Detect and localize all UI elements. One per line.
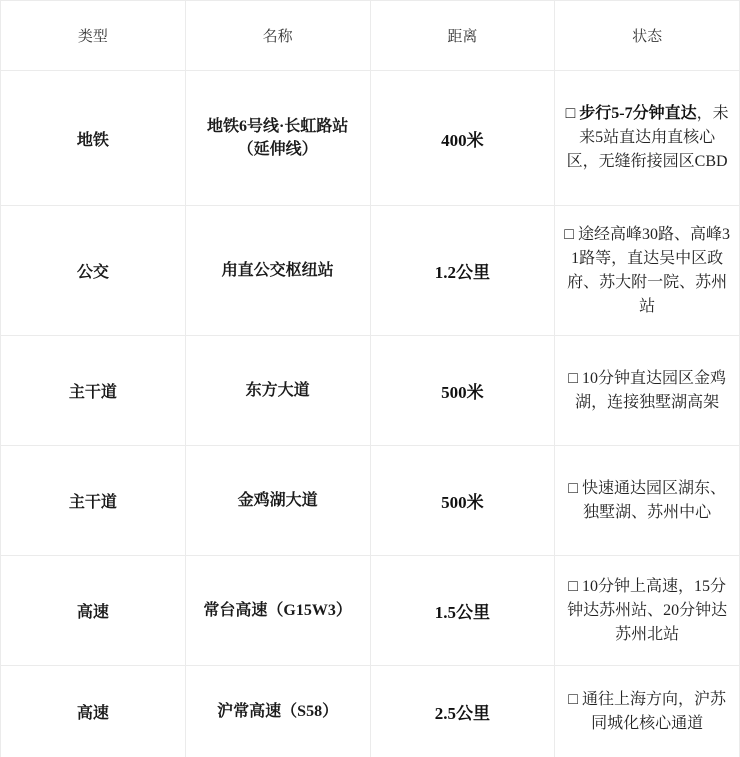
cell-distance: 1.5公里 [370, 556, 555, 666]
cell-name: 沪常高速（S58） [185, 666, 370, 757]
cell-type: 主干道 [1, 336, 186, 446]
cell-name: 东方大道 [185, 336, 370, 446]
cell-type: 公交 [1, 206, 186, 336]
header-type: 类型 [1, 1, 186, 71]
cell-distance: 500米 [370, 446, 555, 556]
header-distance: 距离 [370, 1, 555, 71]
cell-type: 地铁 [1, 71, 186, 206]
table-row: 主干道 金鸡湖大道 500米 □ 快速通达园区湖东、独墅湖、苏州中心 [1, 446, 740, 556]
table-row: 公交 甪直公交枢纽站 1.2公里 □ 途经高峰30路、高峰31路等，直达吴中区政… [1, 206, 740, 336]
cell-name: 常台高速（G15W3） [185, 556, 370, 666]
transport-table-page: 类型 名称 距离 状态 地铁 地铁6号线·长虹路站（延伸线） 400米 □ 步行… [0, 0, 740, 757]
cell-status: □ 步行5-7分钟直达，未来5站直达甪直核心区，无缝衔接园区CBD [555, 71, 740, 206]
cell-distance: 400米 [370, 71, 555, 206]
table-row: 高速 常台高速（G15W3） 1.5公里 □ 10分钟上高速，15分钟达苏州站、… [1, 556, 740, 666]
status-text: □ 快速通达园区湖东、独墅湖、苏州中心 [568, 480, 726, 521]
transport-table: 类型 名称 距离 状态 地铁 地铁6号线·长虹路站（延伸线） 400米 □ 步行… [0, 0, 740, 757]
cell-type: 高速 [1, 666, 186, 757]
cell-distance: 2.5公里 [370, 666, 555, 757]
cell-name: 甪直公交枢纽站 [185, 206, 370, 336]
cell-name: 金鸡湖大道 [185, 446, 370, 556]
cell-distance: 1.2公里 [370, 206, 555, 336]
cell-type: 高速 [1, 556, 186, 666]
cell-status: □ 通往上海方向，沪苏同城化核心通道 [555, 666, 740, 757]
table-row: 高速 沪常高速（S58） 2.5公里 □ 通往上海方向，沪苏同城化核心通道 [1, 666, 740, 757]
header-name: 名称 [185, 1, 370, 71]
cell-name: 地铁6号线·长虹路站（延伸线） [185, 71, 370, 206]
status-text: □ 10分钟上高速，15分钟达苏州站、20分钟达苏州北站 [567, 578, 727, 643]
status-highlight: □ 步行5-7分钟直达 [566, 105, 697, 122]
table-row: 地铁 地铁6号线·长虹路站（延伸线） 400米 □ 步行5-7分钟直达，未来5站… [1, 71, 740, 206]
status-text: □ 10分钟直达园区金鸡湖，连接独墅湖高架 [568, 370, 726, 411]
cell-status: □ 快速通达园区湖东、独墅湖、苏州中心 [555, 446, 740, 556]
cell-status: □ 10分钟上高速，15分钟达苏州站、20分钟达苏州北站 [555, 556, 740, 666]
header-status: 状态 [555, 1, 740, 71]
table-row: 主干道 东方大道 500米 □ 10分钟直达园区金鸡湖，连接独墅湖高架 [1, 336, 740, 446]
status-text: □ 通往上海方向，沪苏同城化核心通道 [568, 691, 726, 732]
cell-distance: 500米 [370, 336, 555, 446]
cell-status: □ 途经高峰30路、高峰31路等，直达吴中区政府、苏大附一院、苏州站 [555, 206, 740, 336]
status-text: □ 途经高峰30路、高峰31路等，直达吴中区政府、苏大附一院、苏州站 [564, 226, 730, 315]
header-row: 类型 名称 距离 状态 [1, 1, 740, 71]
cell-status: □ 10分钟直达园区金鸡湖，连接独墅湖高架 [555, 336, 740, 446]
cell-type: 主干道 [1, 446, 186, 556]
